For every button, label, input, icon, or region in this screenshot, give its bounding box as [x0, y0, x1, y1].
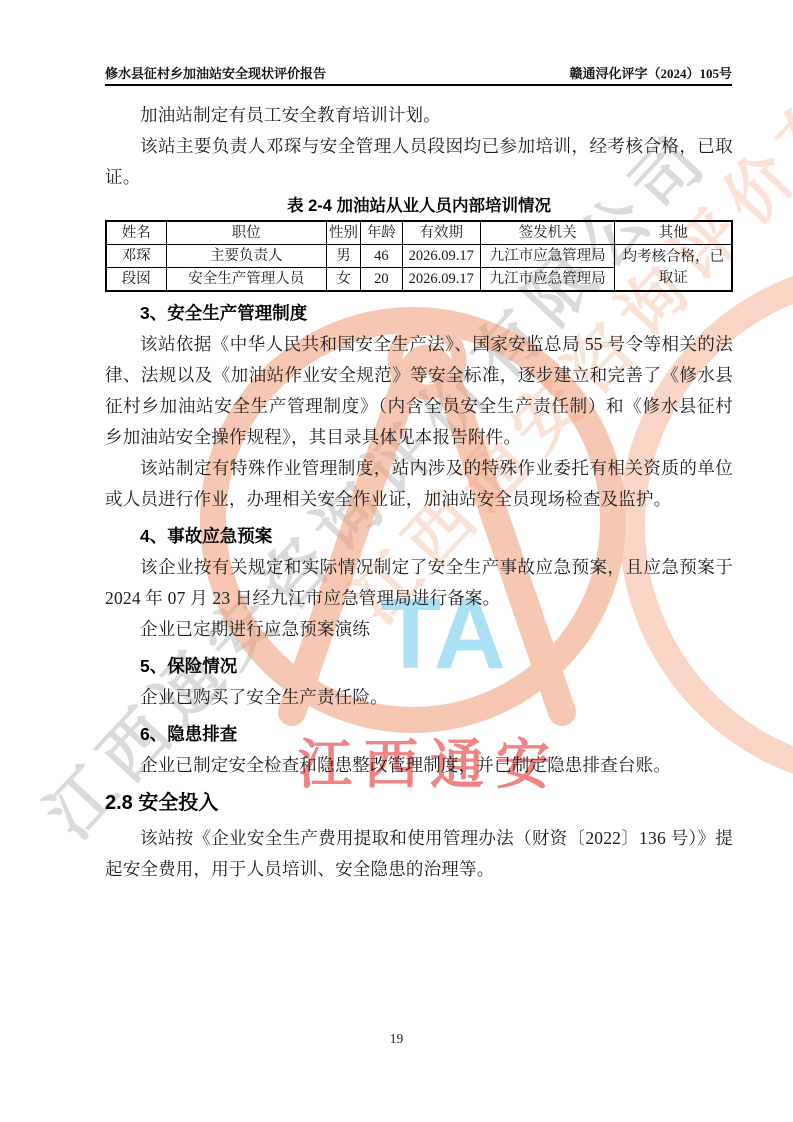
header-rule [105, 84, 732, 86]
table-title: 表 2-4 加油站从业人员内部培训情况 [105, 193, 733, 220]
section-heading-2-8: 2.8 安全投入 [105, 783, 733, 823]
paragraph: 该站制定有特殊作业管理制度，站内涉及的特殊作业委托有相关资质的单位或人员进行作业… [105, 453, 733, 515]
table-cell: 46 [361, 245, 402, 268]
table-header-cell: 其他 [615, 221, 732, 245]
table-cell: 20 [361, 268, 402, 292]
table-cell: 女 [326, 268, 360, 292]
table-cell: 段囡 [106, 268, 166, 292]
section-heading-4: 4、事故应急预案 [105, 521, 733, 552]
table-cell: 安全生产管理人员 [166, 268, 326, 292]
header-doc-number: 赣通浔化评字（2024）105号 [569, 63, 732, 82]
page-number: 19 [390, 1031, 404, 1046]
section-heading-3: 3、安全生产管理制度 [105, 298, 733, 329]
page-footer: 19 [0, 1031, 793, 1047]
table-cell: 主要负责人 [166, 245, 326, 268]
page-header: 修水县征村乡加油站安全现状评价报告 赣通浔化评字（2024）105号 [105, 63, 732, 82]
section-heading-5: 5、保险情况 [105, 651, 733, 682]
table-header-cell: 有效期 [402, 221, 480, 245]
section-heading-6: 6、隐患排查 [105, 719, 733, 750]
table-cell: 九江市应急管理局 [480, 245, 615, 268]
table-header-cell: 职位 [166, 221, 326, 245]
paragraph: 该站主要负责人邓琛与安全管理人员段囡均已参加培训，经考核合格，已取证。 [105, 131, 733, 193]
paragraph: 企业已购买了安全生产责任险。 [105, 682, 733, 713]
paragraph: 企业已定期进行应急预案演练 [105, 614, 733, 645]
table-header-cell: 签发机关 [480, 221, 615, 245]
table-header-cell: 年龄 [361, 221, 402, 245]
table-header-cell: 性别 [326, 221, 360, 245]
table-cell-merged-other: 均考核合格，已取证 [615, 245, 732, 292]
paragraph: 该站按《企业安全生产费用提取和使用管理办法（财资〔2022〕136 号）》提起安… [105, 823, 733, 885]
document-page: 江西通安咨询评价有限公司 江西通安咨询评价有限公司 TA 江西通安 修水县征村乡… [0, 0, 793, 1122]
training-table: 姓名 职位 性别 年龄 有效期 签发机关 其他 邓琛 主要负责人 男 46 20… [105, 220, 733, 292]
table-row: 邓琛 主要负责人 男 46 2026.09.17 九江市应急管理局 均考核合格，… [106, 245, 732, 268]
table-cell: 2026.09.17 [402, 268, 480, 292]
table-header-cell: 姓名 [106, 221, 166, 245]
paragraph: 该站依据《中华人民共和国安全生产法》、国家安监总局 55 号令等相关的法律、法规… [105, 329, 733, 453]
header-doc-number-prefix: 赣通浔化评字 [569, 66, 647, 81]
table-cell: 九江市应急管理局 [480, 268, 615, 292]
header-report-title: 修水县征村乡加油站安全现状评价报告 [105, 63, 326, 82]
header-doc-number-value: （2024）105号 [647, 66, 732, 81]
table-cell: 男 [326, 245, 360, 268]
document-body: 加油站制定有员工安全教育培训计划。 该站主要负责人邓琛与安全管理人员段囡均已参加… [105, 100, 733, 885]
table-cell: 2026.09.17 [402, 245, 480, 268]
paragraph: 加油站制定有员工安全教育培训计划。 [105, 100, 733, 131]
paragraph: 该企业按有关规定和实际情况制定了安全生产事故应急预案，且应急预案于 2024 年… [105, 552, 733, 614]
table-cell: 邓琛 [106, 245, 166, 268]
paragraph: 企业已制定安全检查和隐患整改管理制度，并已制定隐患排查台账。 [105, 750, 733, 781]
table-header-row: 姓名 职位 性别 年龄 有效期 签发机关 其他 [106, 221, 732, 245]
